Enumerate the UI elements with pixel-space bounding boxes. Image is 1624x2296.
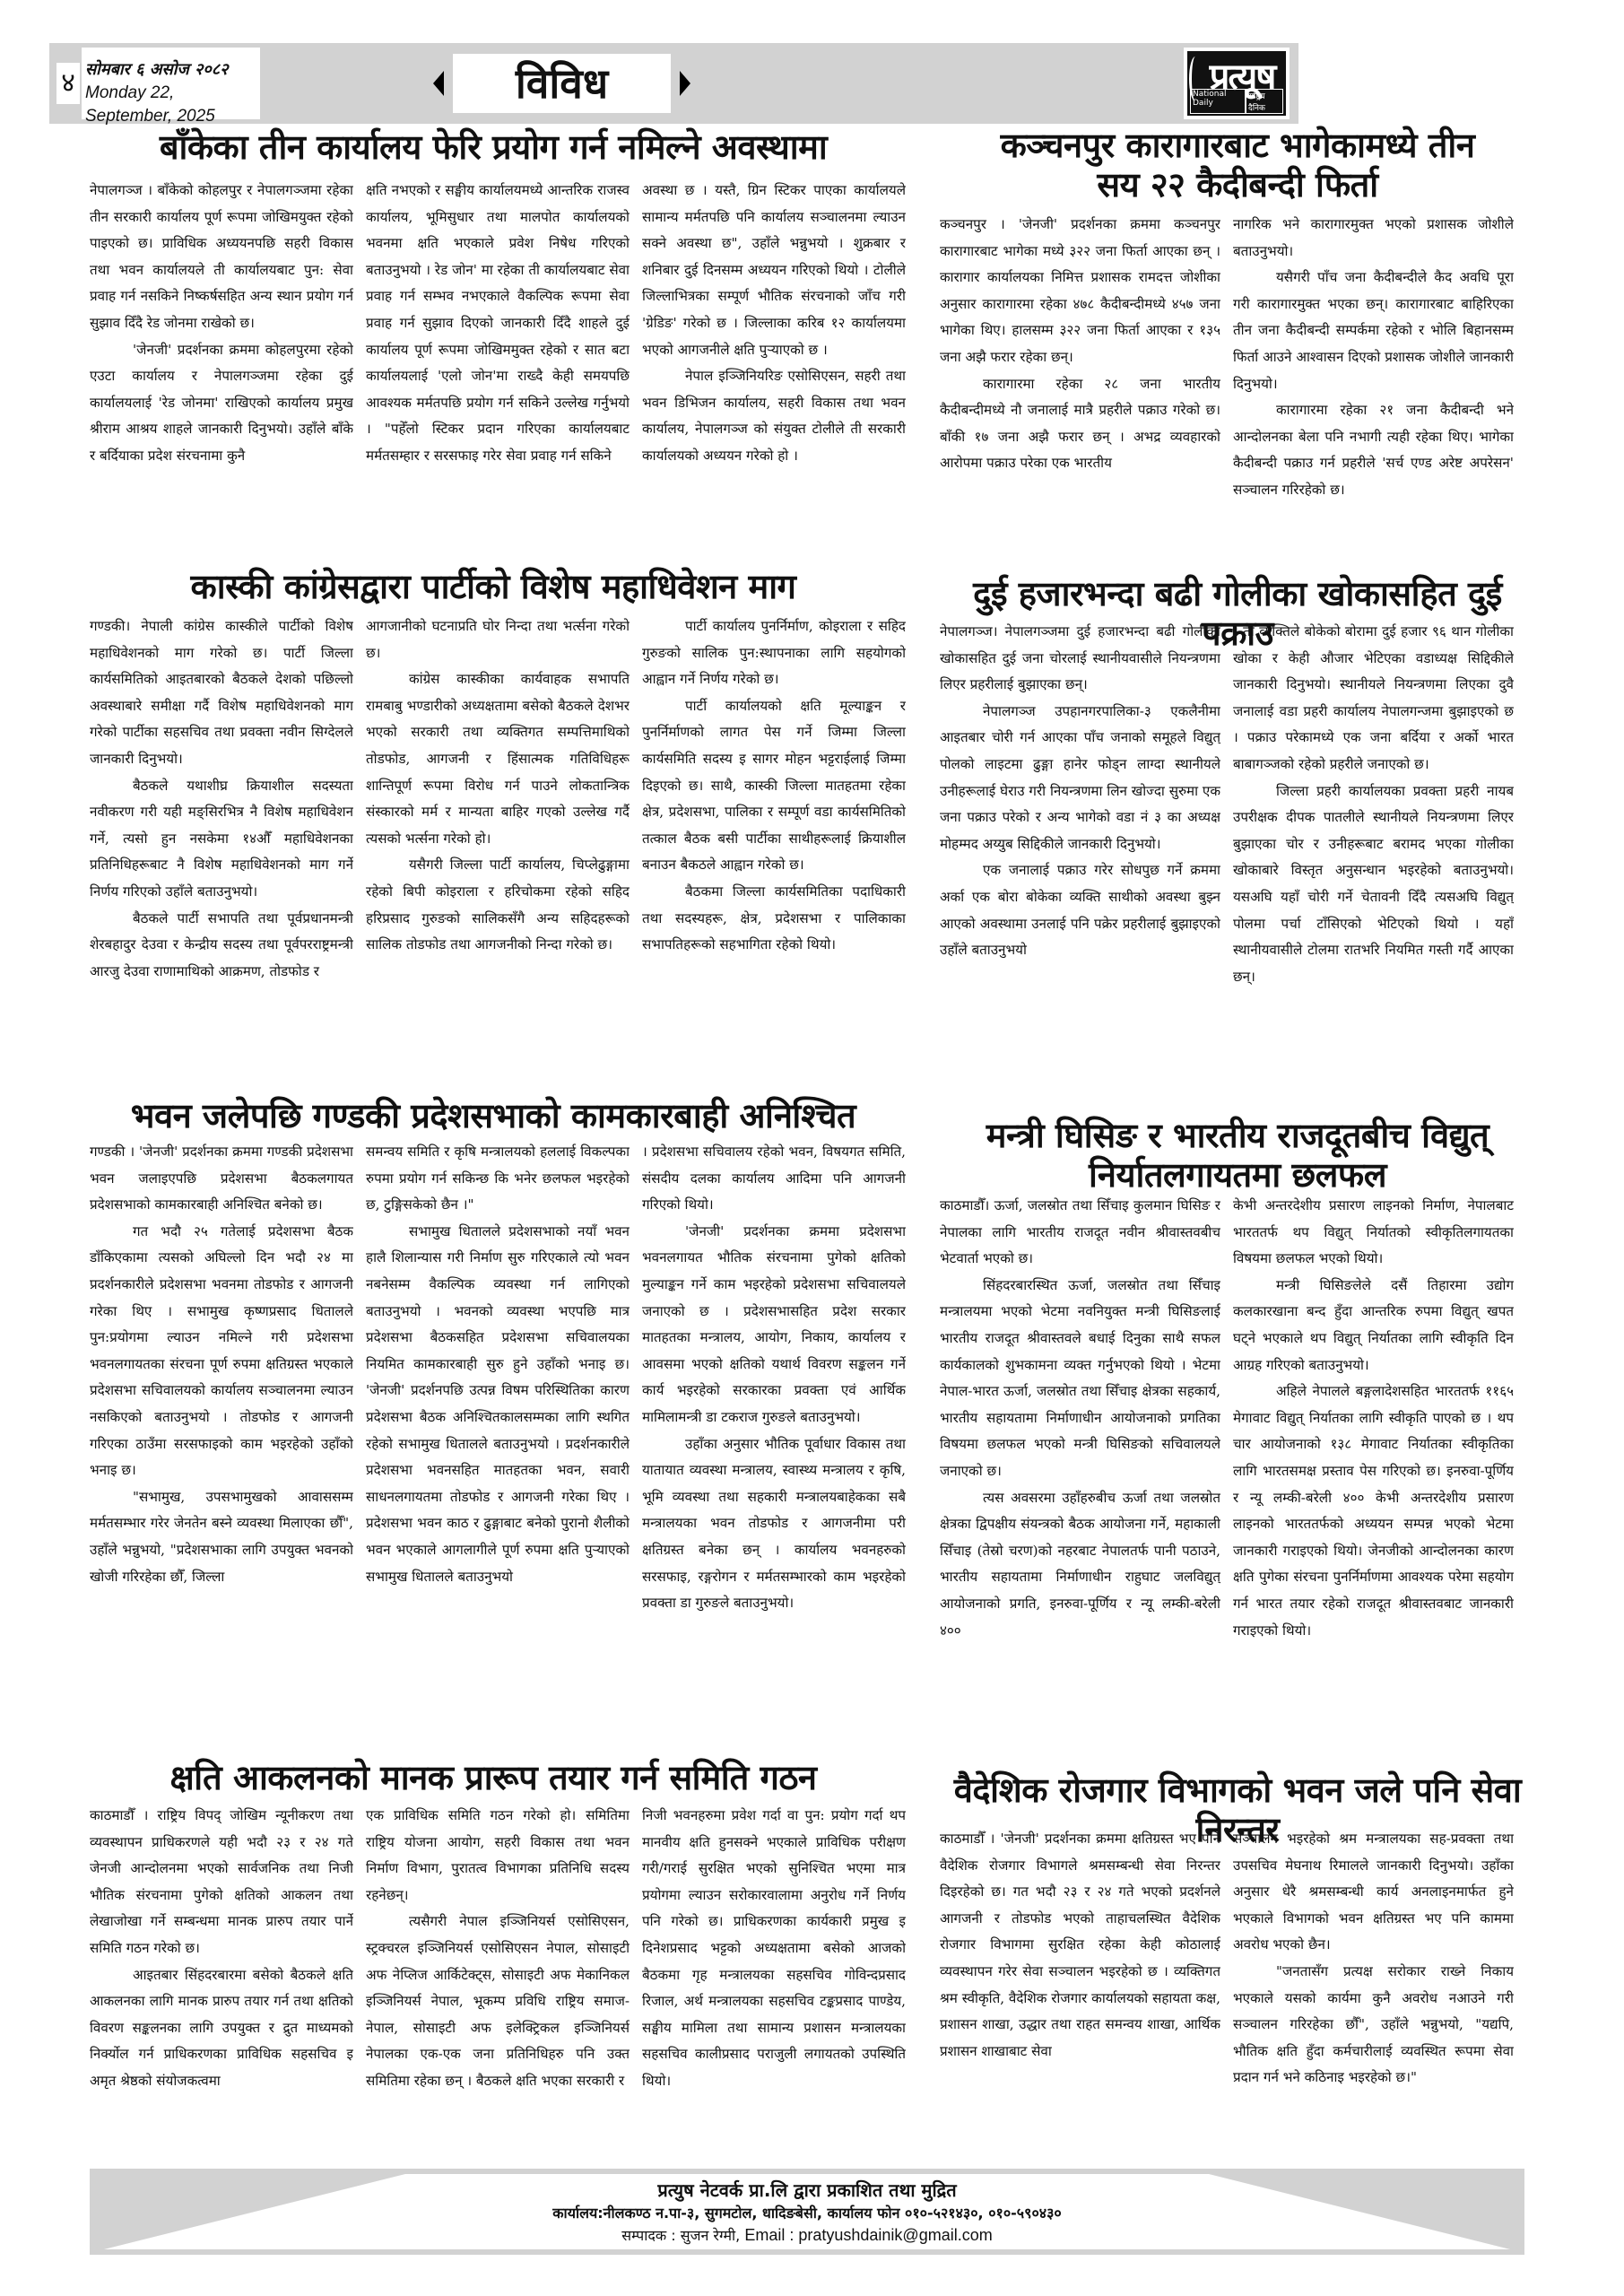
headline-line: कञ्चनपुर कारागारबाट भागेकामध्ये तीन — [933, 126, 1542, 165]
contact-email: Email : pratyushdainik@gmail.com — [744, 2226, 992, 2244]
article-column: निजी भवनहरुमा प्रवेश गर्दा वा पुन: प्रयो… — [642, 1803, 906, 2158]
paragraph: । प्रदेशसभा सचिवालय रहेको भवन, विषयगत सम… — [642, 1139, 906, 1219]
article-gandaki: गण्डकी । 'जेनजी' प्रदर्शनका क्रममा गण्डक… — [90, 1139, 906, 1738]
paragraph: गत भदौ २५ गतेलाई प्रदेशसभा बैठक डाँकिएका… — [90, 1219, 353, 1484]
arrow-right-icon — [680, 71, 690, 96]
headline-kanchanpur: कञ्चनपुर कारागारबाट भागेकामध्ये तीन सय २… — [933, 126, 1542, 204]
paragraph: नागरिक भने कारागारमुक्त भएको प्रशासक जोश… — [1233, 212, 1514, 265]
article-column: काठमाडौँ । 'जेनजी' प्रदर्शनका क्रममा क्ष… — [940, 1826, 1220, 2158]
paragraph: एक प्राविधिक समिति गठन गरेको हो। समितिमा… — [366, 1803, 630, 1909]
section-label: विविध — [433, 54, 690, 113]
logo-sub-np: राष्ट्रिय दैनिक — [1246, 89, 1283, 114]
article-kaski: गण्डकी। नेपाली कांग्रेस कास्कीले पार्टीक… — [90, 613, 906, 1080]
article-column: नेपालगञ्ज । बाँकेको कोहलपुर र नेपालगञ्जम… — [90, 178, 353, 561]
article-column: क्षति नभएको र सङ्घीय कार्यालयमध्ये आन्तर… — [366, 178, 630, 561]
article-column: गण्डकी। नेपाली कांग्रेस कास्कीले पार्टीक… — [90, 613, 353, 1080]
paragraph: त्यसैगरी नेपाल इञ्जिनियर्स एसोसिएसन, स्ट… — [366, 1909, 630, 2094]
article-column: नेपालगञ्ज। नेपालगञ्जमा दुई हजारभन्दा बढी… — [940, 619, 1220, 1085]
article-column: अवस्था छ । यस्तै, ग्रिन स्टिकर पाएका कार… — [642, 178, 906, 561]
paragraph: यसैगरी पाँच जना कैदीबन्दीले कैद अवधि पूर… — [1233, 265, 1514, 397]
imprint-footer: प्रत्युष नेटवर्क प्रा.लि द्वारा प्रकाशित… — [90, 2169, 1524, 2255]
office-address: कार्यालय:नीलकण्ठ न.पा-३, सुगमटोल, धादिङब… — [90, 2203, 1524, 2224]
date-box: सोमबार ६ असोज २०८२ Monday 22, September,… — [82, 48, 260, 119]
article-column: एक प्राविधिक समिति गठन गरेको हो। समितिमा… — [366, 1803, 630, 2158]
paragraph: नेपालगञ्ज। नेपालगञ्जमा दुई हजारभन्दा बढी… — [940, 619, 1220, 699]
headline-gandaki: भवन जलेपछि गण्डकी प्रदेशसभाको कामकारबाही… — [90, 1096, 897, 1135]
article-minister-ghising: काठमाडौँ। ऊर्जा, जलस्रोत तथा सिँचाइ कुलम… — [940, 1193, 1514, 1749]
paragraph: उहाँका अनुसार भौतिक पूर्वाधार विकास तथा … — [642, 1431, 906, 1617]
page-number: ४ — [56, 63, 80, 104]
paragraph: 'जेनजी' प्रदर्शनका क्रममा कोहलपुरमा रहेक… — [90, 337, 353, 470]
paragraph: गण्डकी । 'जेनजी' प्रदर्शनका क्रममा गण्डक… — [90, 1139, 353, 1219]
paragraph: "जनतासँग प्रत्यक्ष सरोकार राख्ने निकाय भ… — [1233, 1959, 1514, 2092]
article-column: काठमाडौँ । राष्ट्रिय विपद् जोखिम न्यूनीक… — [90, 1803, 353, 2158]
paragraph: नेपालगञ्ज उपहानगरपालिका-३ एकलैनीमा आइतबा… — [940, 699, 1220, 858]
paragraph: मन्त्री घिसिङलेले दसैं तिहारमा उद्योग कल… — [1233, 1273, 1514, 1378]
paragraph: । ती व्यक्तिले बोकेको बोरामा दुई हजार ९६… — [1233, 619, 1514, 778]
date-nepali: सोमबार ६ असोज २०८२ — [85, 58, 256, 82]
article-column: काठमाडौँ। ऊर्जा, जलस्रोत तथा सिँचाइ कुलम… — [940, 1193, 1220, 1749]
article-column: । ती व्यक्तिले बोकेको बोरामा दुई हजार ९६… — [1233, 619, 1514, 1085]
paragraph: "सभामुख, उपसभामुखको आवाससम्म मर्मतसम्भार… — [90, 1484, 353, 1590]
headline-damage-committee: क्षति आकलनको मानक प्रारूप तयार गर्न समित… — [90, 1758, 897, 1797]
paragraph: निजी भवनहरुमा प्रवेश गर्दा वा पुन: प्रयो… — [642, 1803, 906, 2095]
article-banke: नेपालगञ्ज । बाँकेको कोहलपुर र नेपालगञ्जम… — [90, 178, 906, 561]
headline-line: मन्त्री घिसिङ र भारतीय राजदूतबीच विद्युत… — [933, 1116, 1542, 1155]
article-kanchanpur: कञ्चनपुर । 'जेनजी' प्रदर्शनका क्रममा कञ्… — [940, 212, 1514, 570]
paragraph: बैठकले यथाशीघ्र क्रियाशील सदस्यता नवीकरण… — [90, 773, 353, 906]
article-bullet-casings: नेपालगञ्ज। नेपालगञ्जमा दुई हजारभन्दा बढी… — [940, 619, 1514, 1085]
paragraph: बैठकले पार्टी सभापति तथा पूर्वप्रधानमन्त… — [90, 906, 353, 986]
paragraph: एक जनालाई पक्राउ गरेर सोधपुछ गर्ने क्रमम… — [940, 857, 1220, 963]
paragraph: बैठकमा जिल्ला कार्यसमितिका पदाधिकारी तथा… — [642, 879, 906, 959]
headline-kaski: कास्की कांग्रेसद्वारा पार्टीको विशेष महा… — [90, 567, 897, 606]
paragraph: कञ्चनपुर । 'जेनजी' प्रदर्शनका क्रममा कञ्… — [940, 212, 1220, 371]
article-column: पार्टी कार्यालय पुनर्निर्माण, कोइराला र … — [642, 613, 906, 1080]
paragraph: नेपालगञ्ज । बाँकेको कोहलपुर र नेपालगञ्जम… — [90, 178, 353, 337]
article-column: आगजानीको घटनाप्रति घोर निन्दा तथा भर्त्स… — [366, 613, 630, 1080]
article-column: नागरिक भने कारागारमुक्त भएको प्रशासक जोश… — [1233, 212, 1514, 570]
paragraph: त्यस अवसरमा उहाँहरुबीच ऊर्जा तथा जलस्रोत… — [940, 1485, 1220, 1645]
paragraph: पार्टी कार्यालय पुनर्निर्माण, कोइराला र … — [642, 613, 906, 693]
article-column: समन्वय समिति र कृषि मन्त्रालयको हललाई वि… — [366, 1139, 630, 1738]
headline-banke: बाँकेका तीन कार्यालय फेरि प्रयोग गर्न नम… — [90, 127, 897, 167]
paragraph: कारागारमा रहेका २१ जना कैदीबन्दी भने आन्… — [1233, 397, 1514, 503]
article-damage-committee: काठमाडौँ । राष्ट्रिय विपद् जोखिम न्यूनीक… — [90, 1803, 906, 2158]
paragraph: आइतबार सिंहदरबारमा बसेको बैठकले क्षति आक… — [90, 1962, 353, 2095]
paragraph: नेपाल इञ्जिनियरिङ एसोसिएसन, सहरी तथा भवन… — [642, 363, 906, 469]
newspaper-logo: प्रत्यूष National Daily राष्ट्रिय दैनिक — [1184, 48, 1290, 119]
article-column: गण्डकी । 'जेनजी' प्रदर्शनका क्रममा गण्डक… — [90, 1139, 353, 1738]
paragraph: समन्वय समिति र कृषि मन्त्रालयको हललाई वि… — [366, 1139, 630, 1219]
masthead: ४ सोमबार ६ असोज २०८२ Monday 22, Septembe… — [49, 43, 1298, 124]
paragraph: काठमाडौँ। ऊर्जा, जलस्रोत तथा सिँचाइ कुलम… — [940, 1193, 1220, 1273]
paragraph: काठमाडौँ । राष्ट्रिय विपद् जोखिम न्यूनीक… — [90, 1803, 353, 1962]
publisher-line: प्रत्युष नेटवर्क प्रा.लि द्वारा प्रकाशित… — [90, 2178, 1524, 2203]
paragraph: आगजानीको घटनाप्रति घोर निन्दा तथा भर्त्स… — [366, 613, 630, 666]
headline-minister-ghising: मन्त्री घिसिङ र भारतीय राजदूतबीच विद्युत… — [933, 1116, 1542, 1195]
logo-sub-en: National Daily — [1190, 89, 1246, 114]
headline-line: निर्यातलगायतमा छलफल — [933, 1155, 1542, 1195]
paragraph: क्षति नभएको र सङ्घीय कार्यालयमध्ये आन्तर… — [366, 178, 630, 470]
editor-name: सम्पादक : सुजन रेग्मी, — [621, 2227, 744, 2244]
date-english: Monday 22, September, 2025 — [85, 82, 256, 128]
paragraph: कांग्रेस कास्कीका कार्यवाहक सभापति रामबा… — [366, 666, 630, 852]
paragraph: सञ्चालन भइरहेको श्रम मन्त्रालयका सह-प्रव… — [1233, 1826, 1514, 1959]
paragraph: केभी अन्तरदेशीय प्रसारण लाइनको निर्माण, … — [1233, 1193, 1514, 1273]
article-column: । प्रदेशसभा सचिवालय रहेको भवन, विषयगत सम… — [642, 1139, 906, 1738]
paragraph: काठमाडौँ । 'जेनजी' प्रदर्शनका क्रममा क्ष… — [940, 1826, 1220, 2065]
section-title: विविध — [453, 54, 671, 113]
paragraph: कारागारमा रहेका २८ जना भारतीय कैदीबन्दीम… — [940, 371, 1220, 477]
paragraph: सभामुख धितालले प्रदेशसभाको नयाँ भवन हालै… — [366, 1219, 630, 1590]
article-column: सञ्चालन भइरहेको श्रम मन्त्रालयका सह-प्रव… — [1233, 1826, 1514, 2158]
editor-line: सम्पादक : सुजन रेग्मी, Email : pratyushd… — [90, 2224, 1524, 2247]
article-column: कञ्चनपुर । 'जेनजी' प्रदर्शनका क्रममा कञ्… — [940, 212, 1220, 570]
paragraph: गण्डकी। नेपाली कांग्रेस कास्कीले पार्टीक… — [90, 613, 353, 773]
paragraph: 'जेनजी' प्रदर्शनका क्रममा प्रदेशसभा भवनल… — [642, 1219, 906, 1431]
paragraph: पार्टी कार्यालयको क्षति मूल्याङ्कन र पुन… — [642, 693, 906, 879]
paragraph: सिंहदरबारस्थित ऊर्जा, जलस्रोत तथा सिँचाइ… — [940, 1273, 1220, 1485]
paragraph: अहिले नेपालले बङ्गलादेशसहित भारततर्फ ११६… — [1233, 1378, 1514, 1644]
article-foreign-employment: काठमाडौँ । 'जेनजी' प्रदर्शनका क्रममा क्ष… — [940, 1826, 1514, 2158]
paragraph: अवस्था छ । यस्तै, ग्रिन स्टिकर पाएका कार… — [642, 178, 906, 363]
article-column: केभी अन्तरदेशीय प्रसारण लाइनको निर्माण, … — [1233, 1193, 1514, 1749]
headline-line: सय २२ कैदीबन्दी फिर्ता — [933, 165, 1542, 204]
paragraph: यसैगरी जिल्ला पार्टी कार्यालय, चिप्लेढुङ… — [366, 852, 630, 958]
paragraph: जिल्ला प्रहरी कार्यालयका प्रवक्ता प्रहरी… — [1233, 778, 1514, 991]
arrow-left-icon — [433, 71, 444, 96]
